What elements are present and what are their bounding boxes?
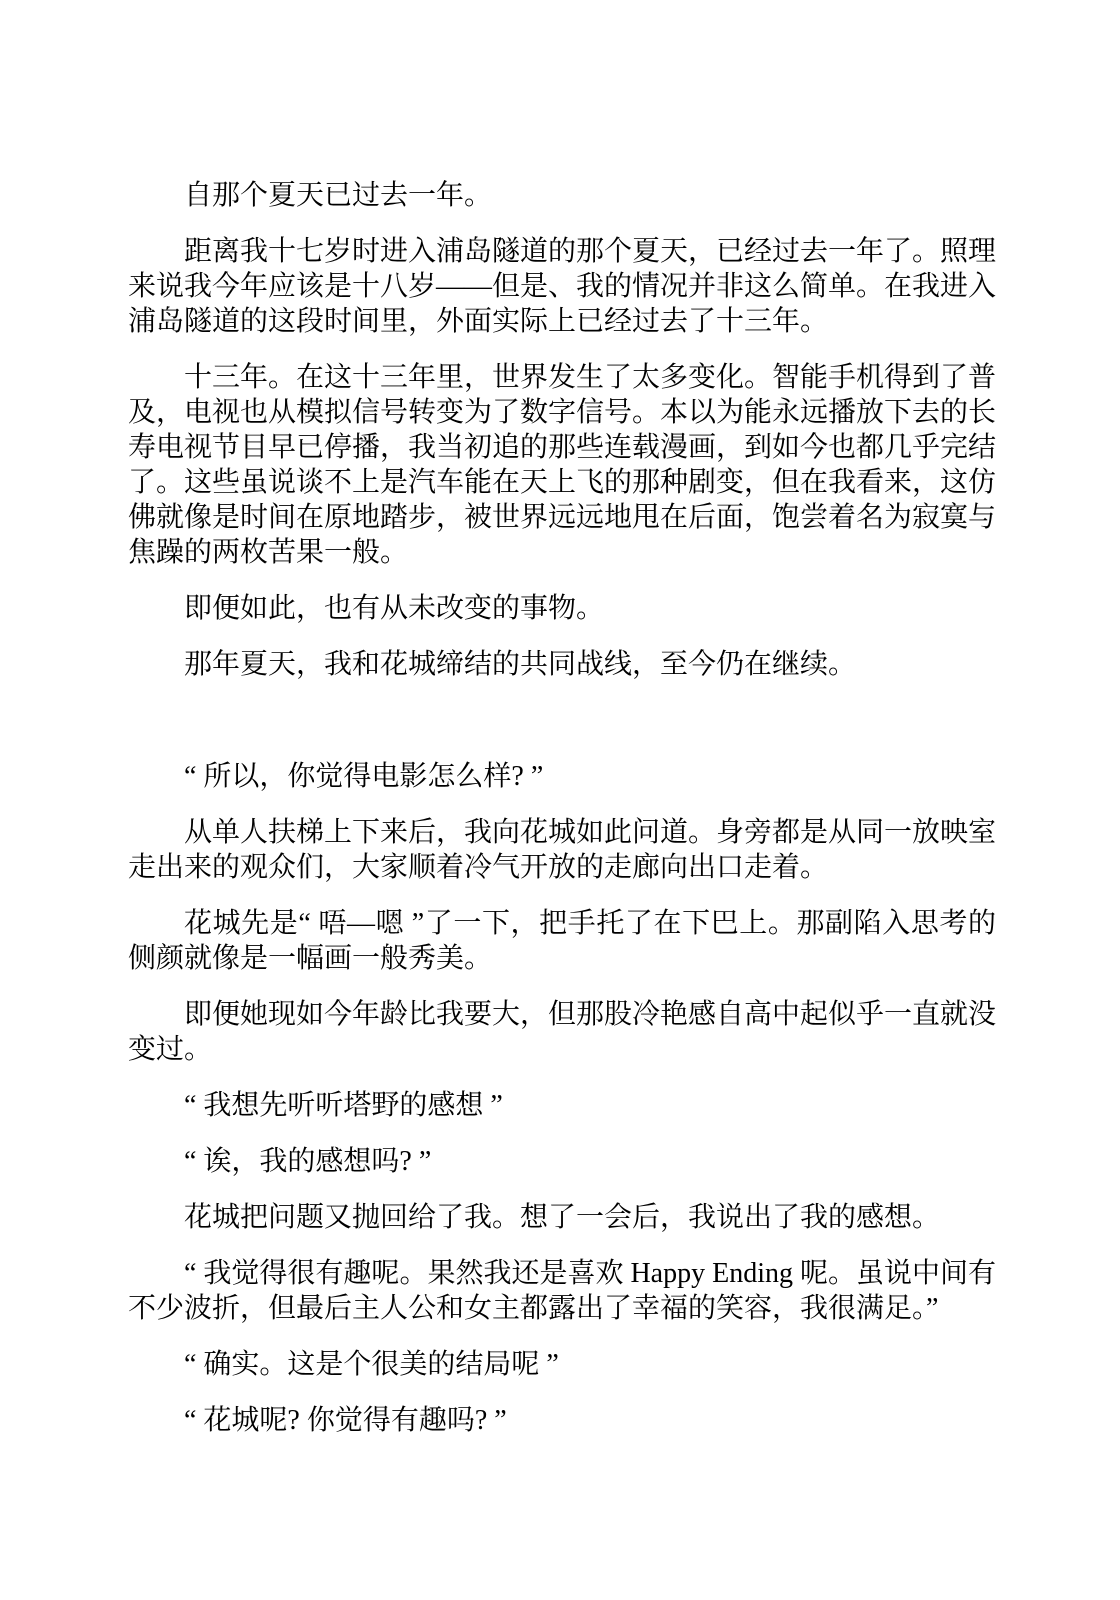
paragraph: “ 诶，我的感想吗? ” [128, 1144, 996, 1179]
paragraph: 即便如此，也有从未改变的事物。 [128, 591, 996, 626]
paragraph: “ 所以，你觉得电影怎么样? ” [128, 759, 996, 794]
paragraph: 十三年。在这十三年里，世界发生了太多变化。智能手机得到了普及，电视也从模拟信号转… [128, 360, 996, 570]
paragraph: “ 确实。这是个很美的结局呢 ” [128, 1347, 996, 1382]
paragraph: 花城先是“ 唔—嗯 ”了一下，把手托了在下巴上。那副陷入思考的侧颜就像是一幅画一… [128, 906, 996, 976]
paragraph: “ 我觉得很有趣呢。果然我还是喜欢 Happy Ending 呢。虽说中间有不少… [128, 1256, 996, 1326]
page: 自那个夏天已过去一年。 距离我十七岁时进入浦岛隧道的那个夏天，已经过去一年了。照… [0, 0, 1120, 1600]
paragraph: “ 花城呢? 你觉得有趣吗? ” [128, 1403, 996, 1438]
paragraph: 自那个夏天已过去一年。 [128, 178, 996, 213]
paragraph: 从单人扶梯上下来后，我向花城如此问道。身旁都是从同一放映室走出来的观众们，大家顺… [128, 815, 996, 885]
paragraph: 那年夏天，我和花城缔结的共同战线，至今仍在继续。 [128, 647, 996, 682]
paragraph: “ 我想先听听塔野的感想 ” [128, 1088, 996, 1123]
text-content: 自那个夏天已过去一年。 距离我十七岁时进入浦岛隧道的那个夏天，已经过去一年了。照… [128, 178, 996, 1459]
paragraph: 即便她现如今年龄比我要大，但那股冷艳感自高中起似乎一直就没变过。 [128, 997, 996, 1067]
paragraph: 距离我十七岁时进入浦岛隧道的那个夏天，已经过去一年了。照理来说我今年应该是十八岁… [128, 234, 996, 339]
scene-break-spacer [128, 703, 996, 738]
paragraph: 花城把问题又抛回给了我。想了一会后，我说出了我的感想。 [128, 1200, 996, 1235]
